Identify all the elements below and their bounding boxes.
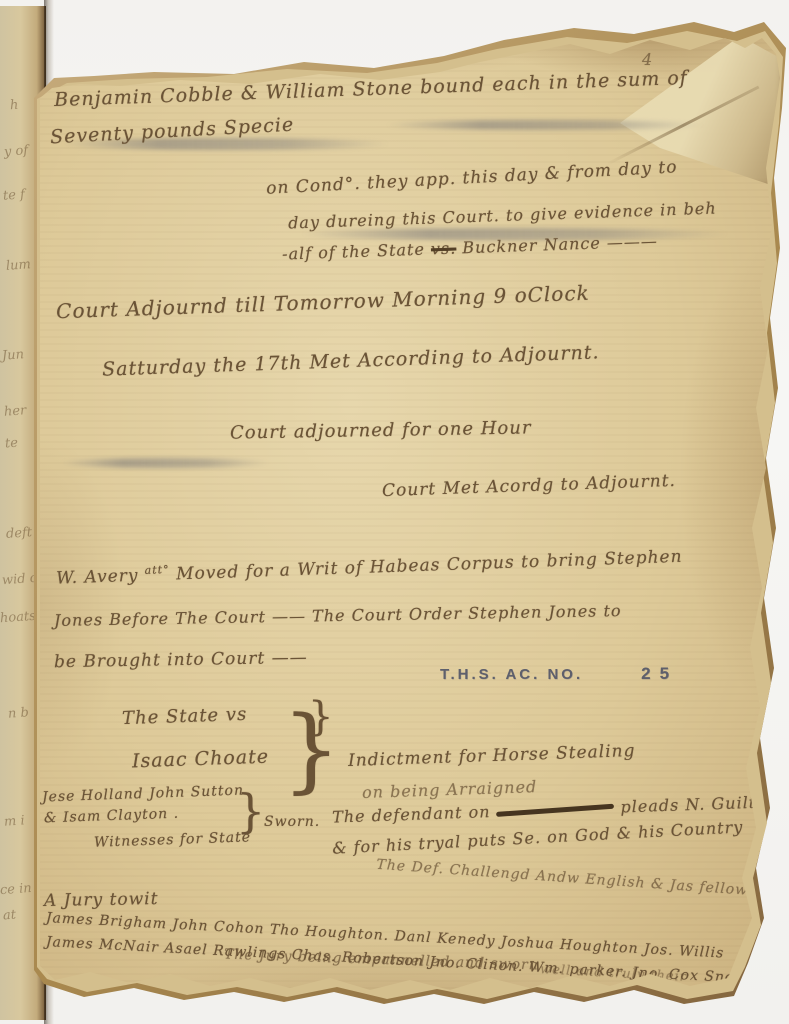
- heavy-strikethrough: [496, 804, 614, 817]
- facing-text-fragment: h: [9, 98, 18, 114]
- arraignment-line: on being Arraigned: [362, 777, 538, 802]
- pencil-smudge: [60, 458, 270, 468]
- line-text: W. Avery: [56, 566, 145, 589]
- facing-text-fragment: deft: [6, 525, 33, 542]
- struck-text: vs.: [431, 238, 457, 258]
- line-text: The defendant on: [332, 802, 491, 827]
- jury-sworn-line: The Jury being empannelled and sworn: [224, 947, 539, 974]
- handwritten-line: W. Avery att° Moved for a Writ of Habeas…: [56, 545, 683, 589]
- archive-stamp: T.H.S. AC. NO.25: [440, 664, 678, 684]
- large-brace: }: [282, 696, 341, 803]
- facing-text-fragment: wid o: [2, 571, 39, 588]
- facing-text-fragment: ce in: [0, 881, 32, 898]
- handwritten-line: Satturday the 17th Met According to Adjo…: [102, 341, 600, 380]
- facing-text-fragment: her: [4, 403, 27, 420]
- witness-names-line: & Isam Clayton .: [44, 806, 180, 827]
- manuscript-scan: h y of te f lum Jun her te deft wid o ho…: [0, 0, 789, 1024]
- handwritten-line: Court Met Acordg to Adjournt.: [382, 471, 677, 501]
- facing-text-fragment: n b: [8, 705, 30, 721]
- handwritten-line: Jones Before The Court —— The Court Orde…: [54, 601, 622, 630]
- facing-text-fragment: y of: [4, 143, 29, 160]
- stamp-number: 25: [641, 664, 678, 683]
- challenge-line: The Def. Challengd Andw English & Jas fe…: [376, 857, 757, 900]
- pencil-smudge: [385, 120, 705, 130]
- jury-heading: A Jury towit: [44, 889, 159, 911]
- line-text: pleads N. Guilty: [620, 792, 766, 816]
- facing-text-fragment: te: [4, 436, 18, 452]
- charge-line: Indictment for Horse Stealing: [348, 741, 636, 771]
- line-text: Moved for a Writ of Habeas Corpus to bri…: [169, 547, 682, 585]
- sworn-note: Sworn.: [264, 814, 320, 830]
- handwritten-line: Court adjourned for one Hour: [230, 417, 532, 443]
- handwritten-line: Court Adjournd till Tomorrow Morning 9 o…: [56, 281, 590, 324]
- facing-text-fragment: m i: [4, 813, 26, 829]
- witness-caption: Witnesses for State: [94, 829, 252, 850]
- handwritten-line: on Cond°. they app. this day & from day …: [266, 157, 678, 199]
- stamp-label: T.H.S. AC. NO.: [440, 666, 583, 683]
- facing-text-fragment: Jun: [2, 347, 25, 363]
- line-text: -alf of the State: [282, 239, 431, 263]
- facing-text-fragment: lum: [6, 257, 32, 274]
- facing-text-fragment: at: [2, 908, 16, 924]
- superscript-text: att°: [144, 563, 169, 577]
- manuscript-page: 4 Benjamin Cobble & William Stone bound …: [40, 28, 780, 1018]
- handwritten-line: be Brought into Court ——: [54, 648, 308, 672]
- facing-text-fragment: hoats: [0, 609, 36, 626]
- case-party-defendant: Isaac Choate: [132, 746, 270, 773]
- witness-names-line: Jese Holland John Sutton: [42, 782, 244, 805]
- facing-text-fragment: te f: [3, 187, 26, 203]
- page-number: 4: [642, 50, 653, 69]
- case-party-plaintiff: The State vs: [122, 704, 248, 729]
